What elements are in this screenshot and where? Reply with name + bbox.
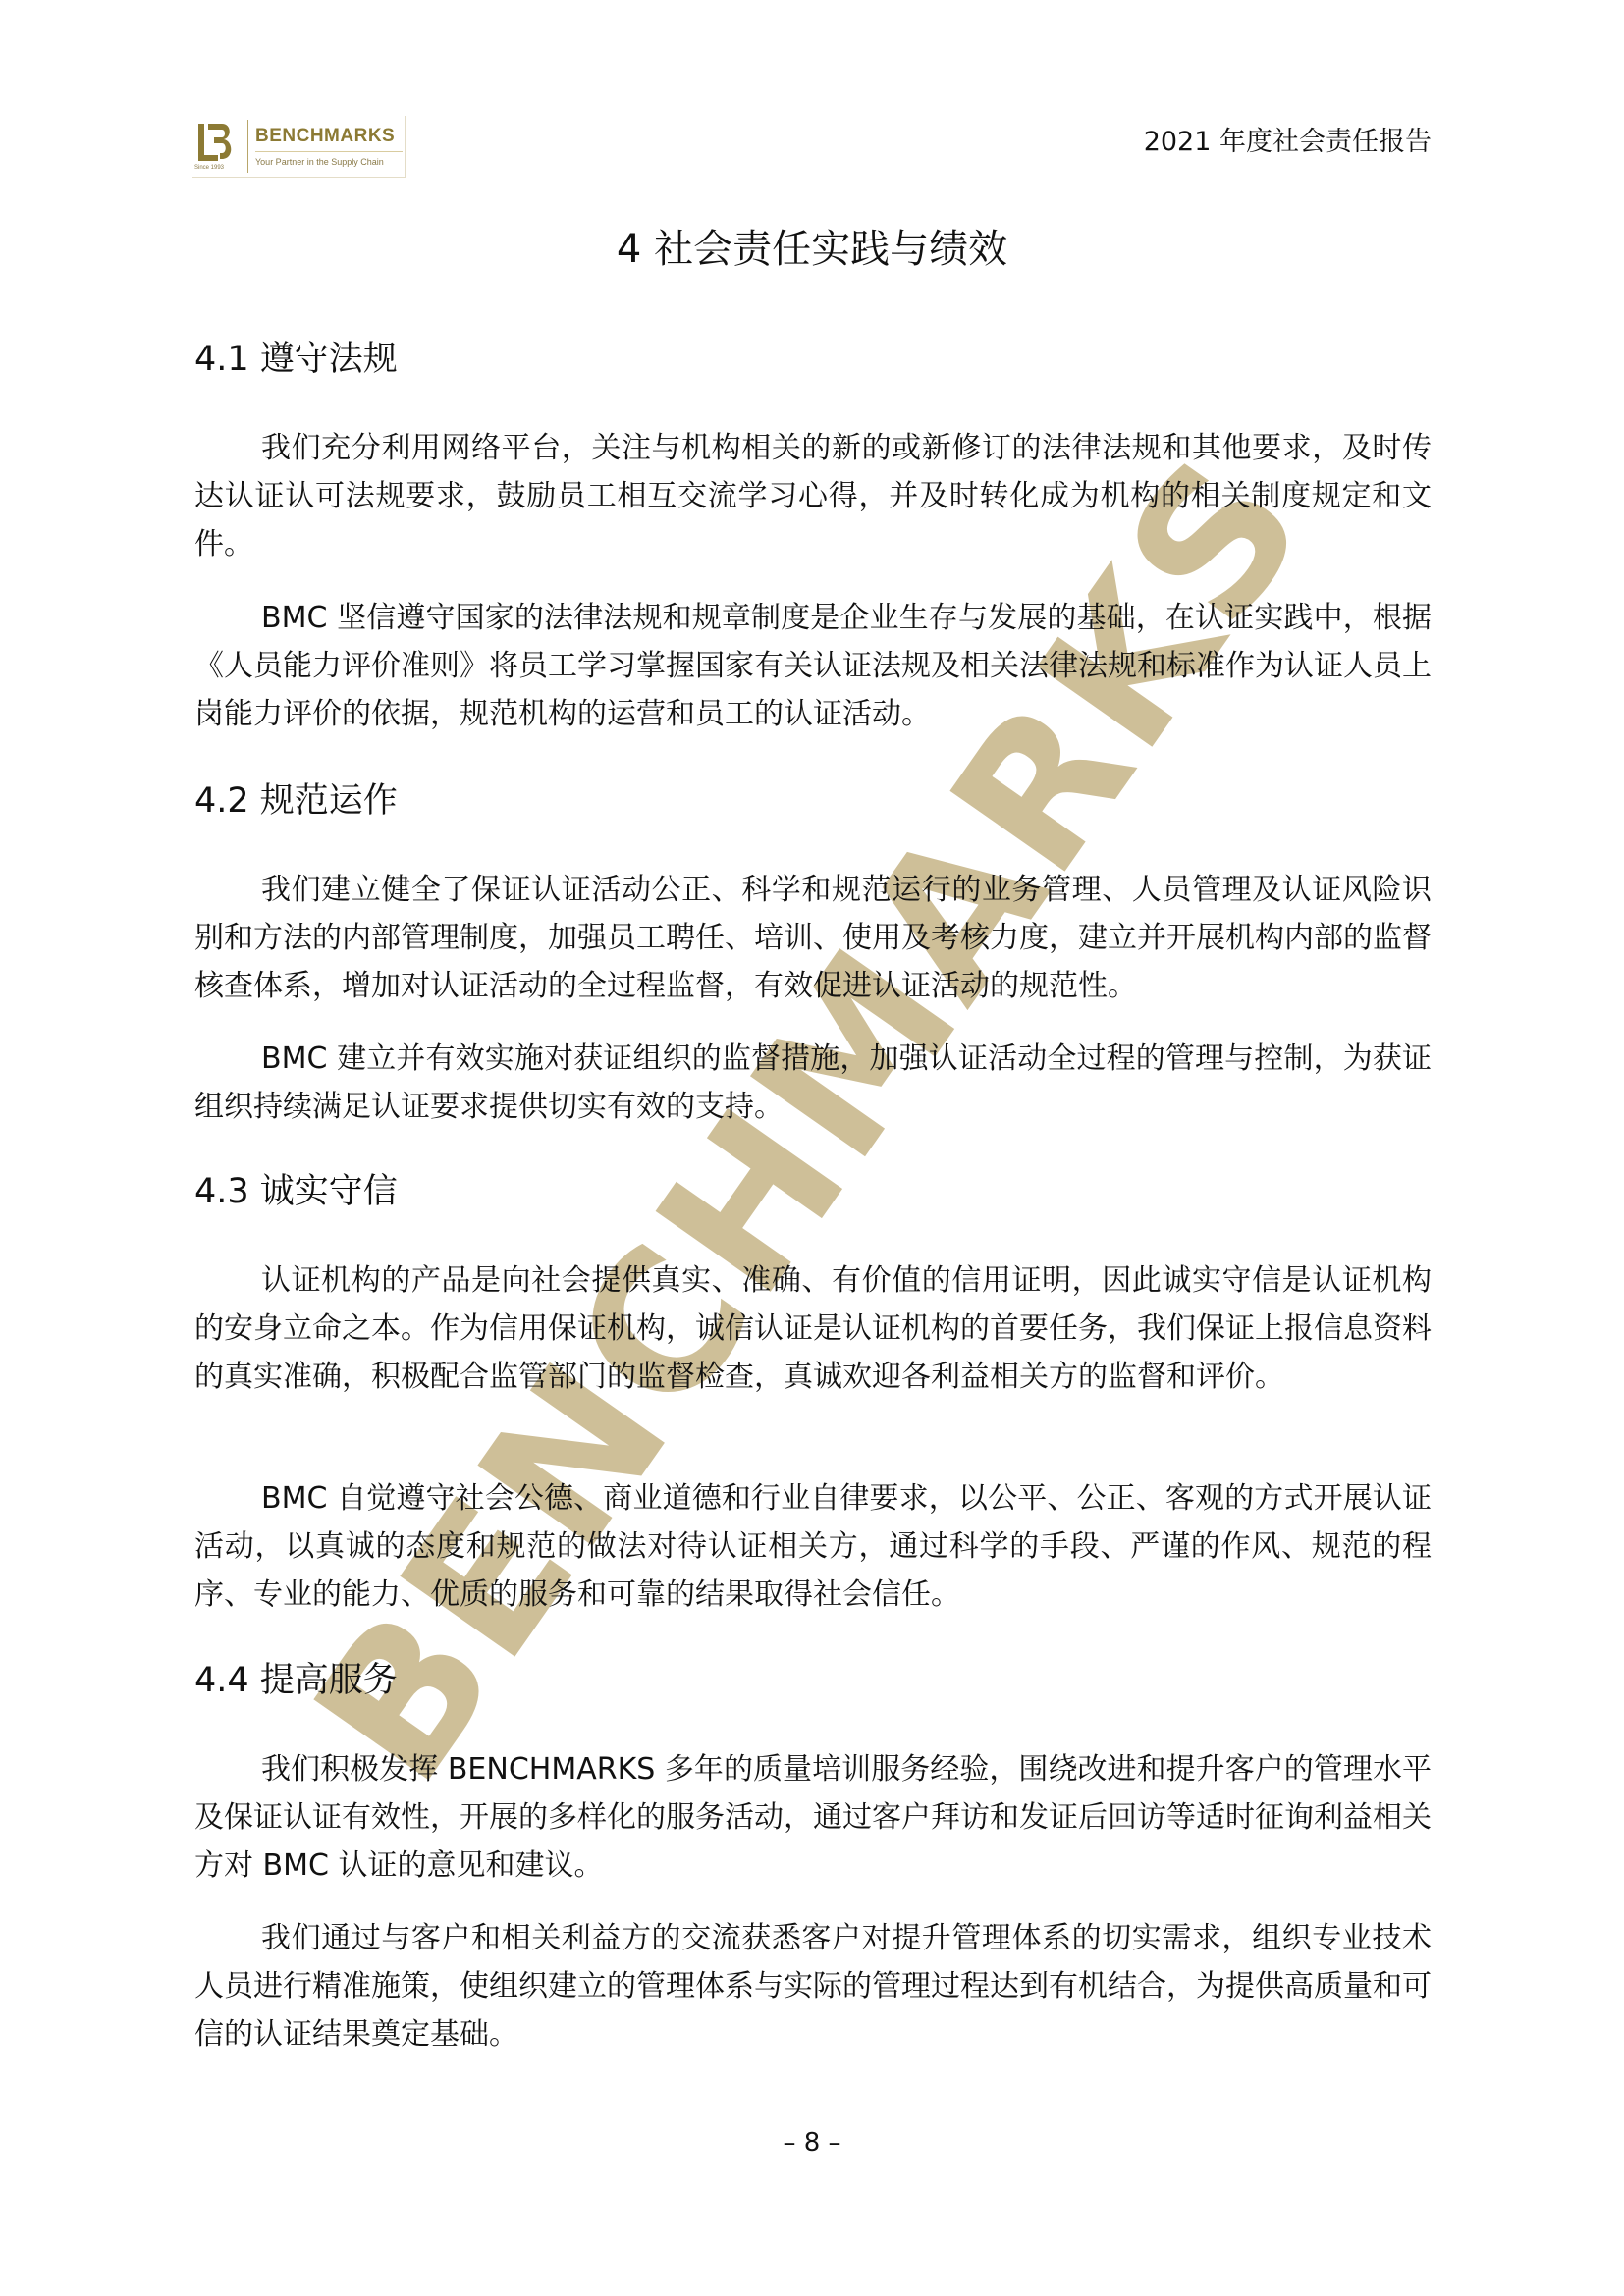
section-heading-4-2: 4.2 规范运作	[194, 774, 398, 823]
document-page: BENCHMARKS Since 1993 BENCHMARKS Your Pa…	[0, 0, 1624, 2296]
paragraph: 我们通过与客户和相关利益方的交流获悉客户对提升管理体系的切实需求，组织专业技术人…	[194, 1914, 1432, 2058]
logo-wordmark: BENCHMARKS	[255, 126, 395, 147]
logo-rule	[255, 151, 403, 152]
section-heading-4-1: 4.1 遵守法规	[194, 332, 398, 381]
paragraph: 我们积极发挥 BENCHMARKS 多年的质量培训服务经验，围绕改进和提升客户的…	[194, 1745, 1432, 1890]
paragraph: 我们充分利用网络平台，关注与机构相关的新的或新修订的法律法规和其他要求，及时传达…	[194, 424, 1432, 568]
page-number: – 8 –	[0, 2128, 1624, 2158]
report-title: 2021 年度社会责任报告	[1144, 120, 1432, 158]
logo-tagline: Your Partner in the Supply Chain	[255, 157, 384, 167]
section-heading-4-4: 4.4 提高服务	[194, 1653, 398, 1702]
paragraph: 我们建立健全了保证认证活动公正、科学和规范运行的业务管理、人员管理及认证风险识别…	[194, 866, 1432, 1010]
b-monogram-icon	[196, 122, 236, 163]
logo-since-text: Since 1993	[194, 165, 224, 171]
paragraph: 认证机构的产品是向社会提供真实、准确、有价值的信用证明，因此诚实守信是认证机构的…	[194, 1256, 1432, 1401]
paragraph: BMC 自觉遵守社会公德、商业道德和行业自律要求，以公平、公正、客观的方式开展认…	[194, 1474, 1432, 1619]
paragraph: BMC 建立并有效实施对获证组织的监督措施，加强认证活动全过程的管理与控制，为获…	[194, 1035, 1432, 1131]
paragraph: BMC 坚信遵守国家的法律法规和规章制度是企业生存与发展的基础，在认证实践中，根…	[194, 594, 1432, 738]
benchmarks-logo: Since 1993 BENCHMARKS Your Partner in th…	[192, 116, 406, 178]
chapter-title: 4 社会责任实践与绩效	[0, 218, 1624, 274]
logo-divider	[247, 120, 248, 173]
section-heading-4-3: 4.3 诚实守信	[194, 1164, 398, 1213]
